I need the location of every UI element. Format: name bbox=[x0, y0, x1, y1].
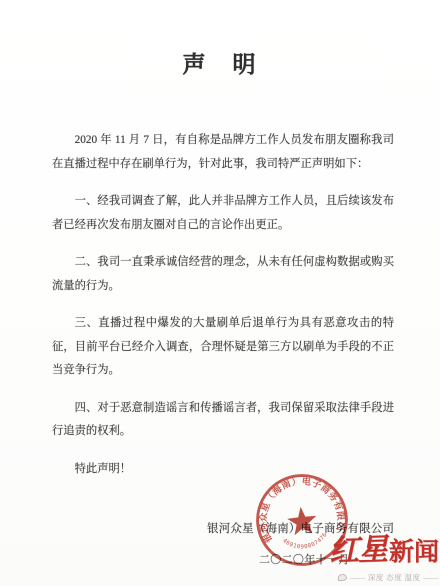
watermark-logo-xinwen: 新闻 bbox=[389, 538, 439, 568]
seal-serial-number: 4601090007476 bbox=[281, 531, 331, 552]
svg-text:4601090007476: 4601090007476 bbox=[281, 531, 331, 552]
statement-point-4: 四、对于恶意制造谣言和传播谣言者，我司保留采取法律手段进行追责的权利。 bbox=[52, 397, 394, 444]
statement-body: 2020 年 11 月 7 日，有自称是品牌方工作人员发布朋友圈称我司在直播过程… bbox=[52, 129, 394, 481]
watermark-slogan: —— 深度 态度 温度 —— bbox=[350, 572, 440, 583]
redstar-news-watermark: 红星新闻 —— 深度 态度 温度 —— bbox=[329, 536, 439, 583]
watermark-badge-icon bbox=[338, 574, 347, 581]
watermark-slogan-row: —— 深度 态度 温度 —— bbox=[329, 572, 439, 583]
statement-document: 声 明 2020 年 11 月 7 日，有自称是品牌方工作人员发布朋友圈称我司在… bbox=[0, 0, 440, 586]
seal-star-icon bbox=[286, 505, 318, 536]
statement-point-2: 二、我司一直秉承诚信经营的理念，从未有任何虚构数据或购买流量的行为。 bbox=[52, 251, 394, 298]
redstar-news-logo: 红星新闻 bbox=[329, 536, 439, 571]
statement-point-1: 一、经我司调查了解，此人并非品牌方工作人员，且后续该发布者已经再次发布朋友圈对自… bbox=[52, 190, 394, 237]
statement-intro-paragraph: 2020 年 11 月 7 日，有自称是品牌方工作人员发布朋友圈称我司在直播过程… bbox=[52, 129, 394, 176]
watermark-logo-hongxing: 红星 bbox=[328, 535, 387, 567]
statement-point-3: 三、直播过程中爆发的大量刷单后退单行为具有恶意攻击的特征，目前平台已经介入调查，… bbox=[52, 312, 394, 383]
statement-title: 声 明 bbox=[0, 0, 440, 79]
